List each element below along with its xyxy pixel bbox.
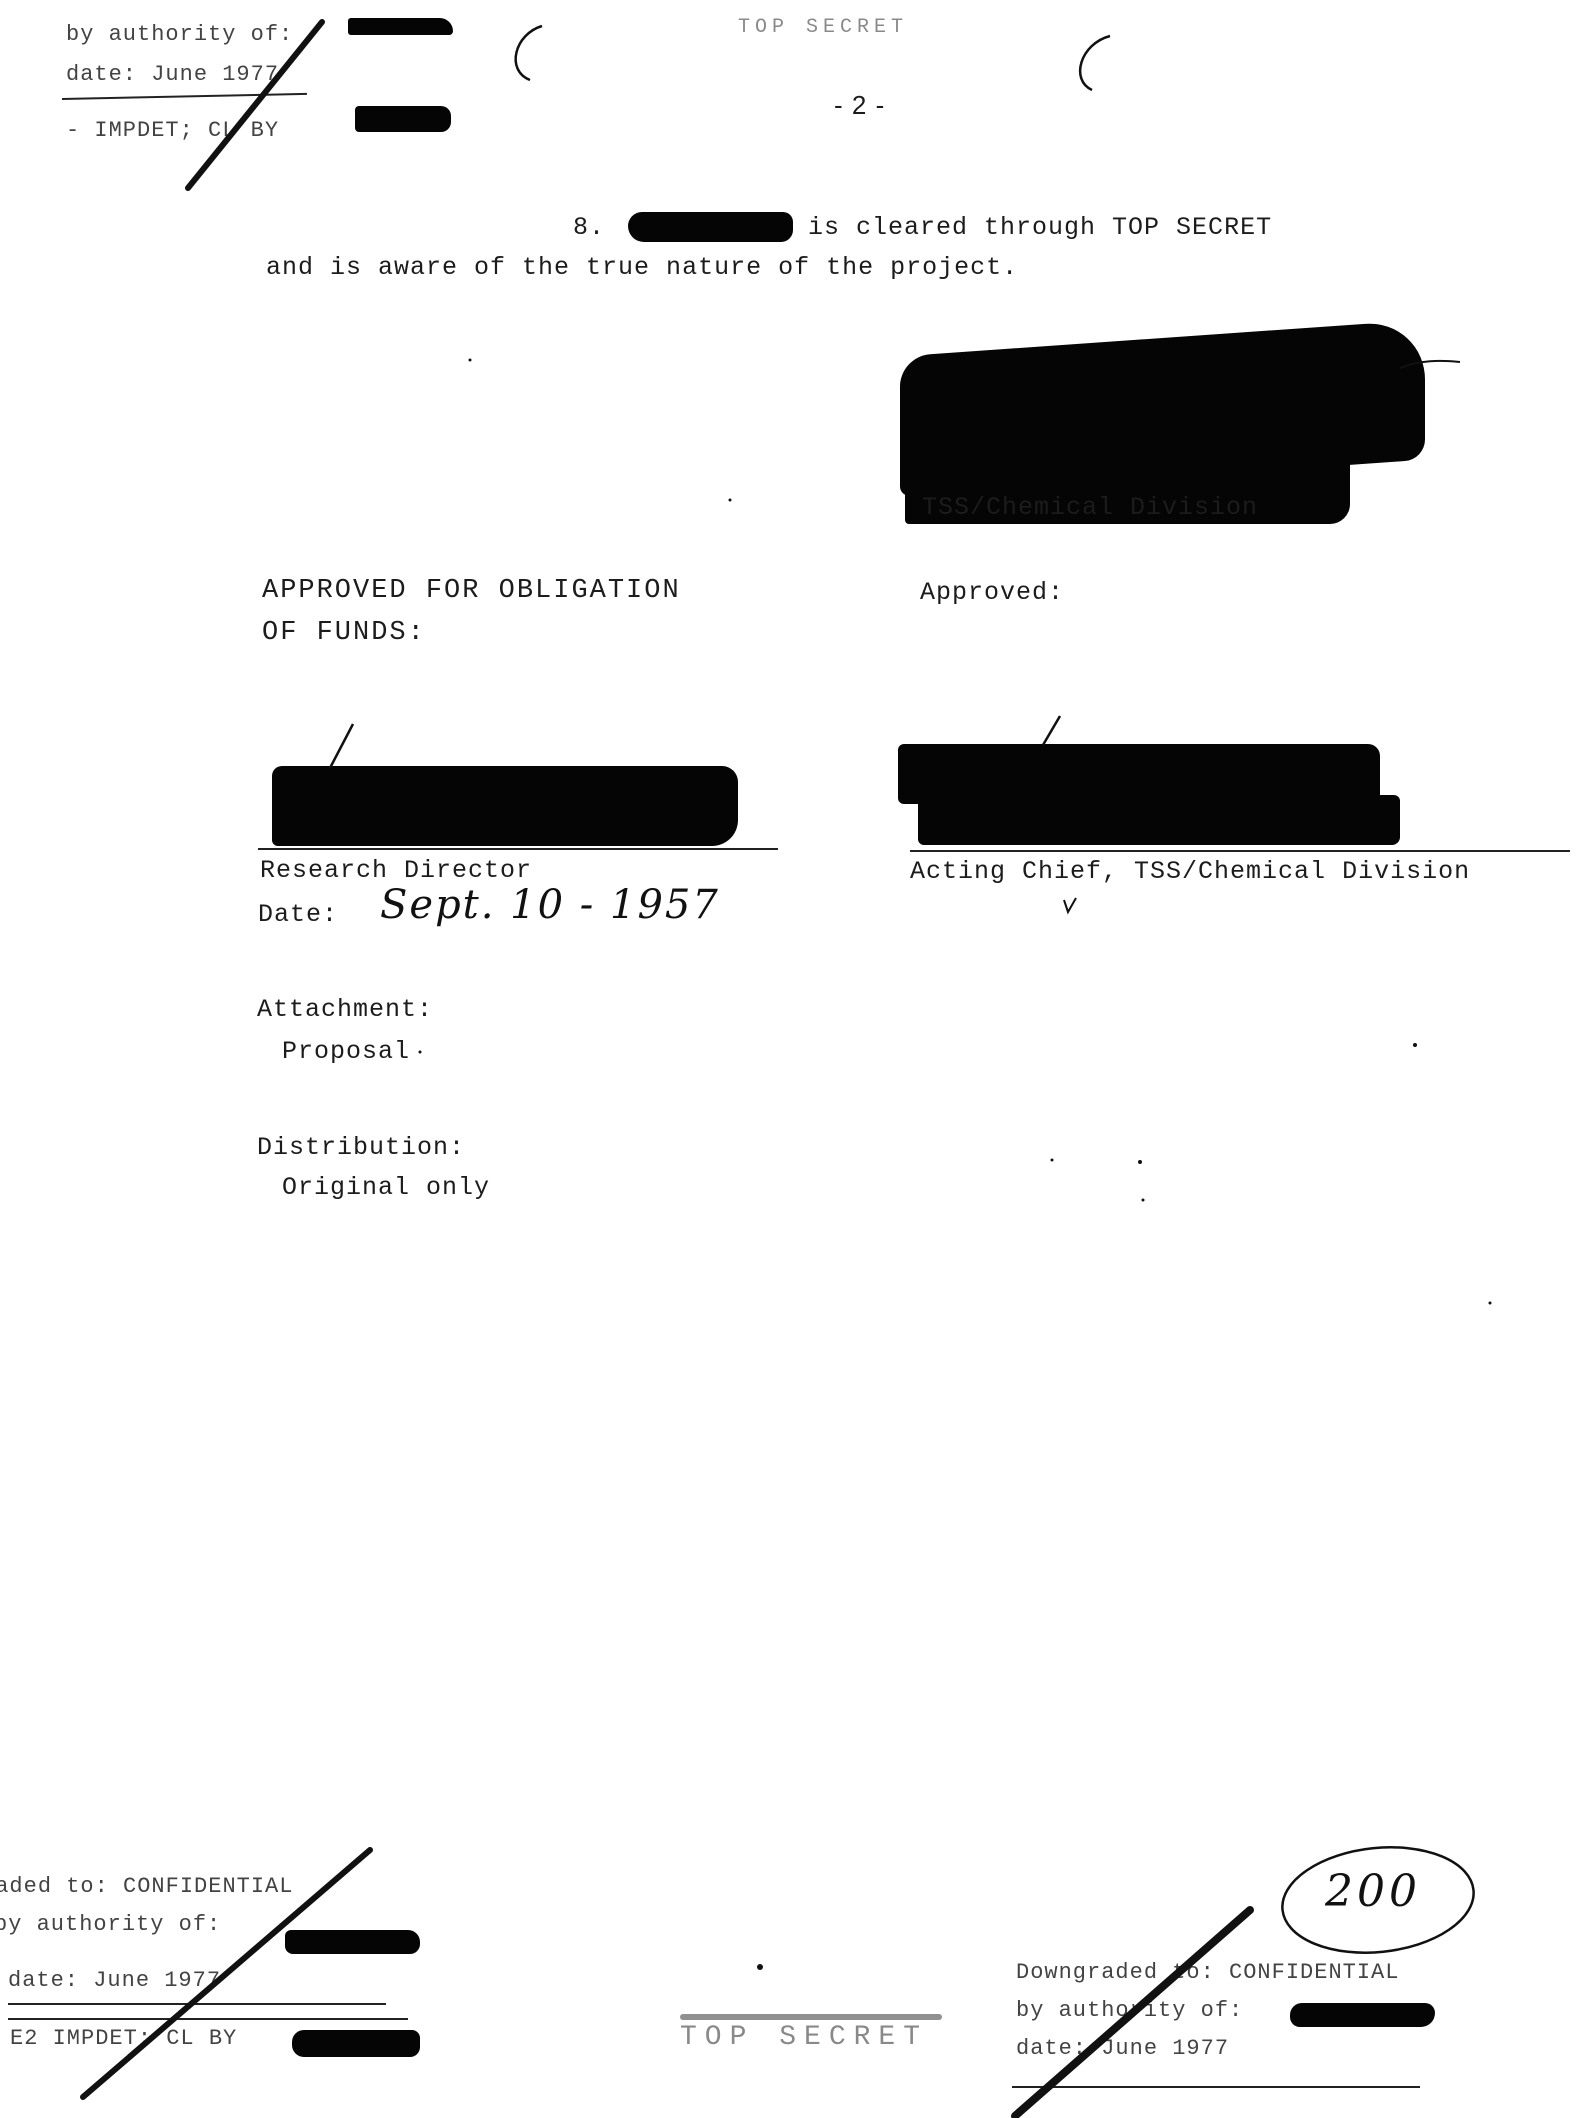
faded-classification-header: TOP SECRET	[738, 16, 908, 39]
stamp-downgrade-line: Downgraded to: CONFIDENTIAL	[1016, 1960, 1399, 1985]
stamp-declass-line: - IMPDET; CL BY	[66, 118, 279, 143]
redaction-block	[285, 1930, 420, 1954]
stamp-date-line: date: June 1977	[66, 62, 279, 87]
signature-tick	[1043, 716, 1060, 745]
date-label: Date:	[258, 900, 338, 929]
stamp-authority-line: by authority of:	[66, 22, 293, 47]
stamp-downgrade-line: Downgraded to: CONFIDENTIAL	[0, 1874, 293, 1899]
paragraph-number: 8.	[573, 213, 605, 242]
attachment-value: Proposal	[282, 1037, 410, 1066]
signatory-title: TSS/Chemical Division	[922, 493, 1258, 522]
paragraph-text-line1: is cleared through TOP SECRET	[808, 213, 1272, 242]
stamp-divider	[1012, 2086, 1420, 2088]
distribution-value: Original only	[282, 1173, 490, 1202]
approved-obligation-heading-2: OF FUNDS:	[262, 618, 426, 648]
signature-tick	[330, 724, 353, 768]
redaction-block	[355, 106, 451, 132]
redaction-signature	[918, 795, 1400, 845]
approved-obligation-heading: APPROVED FOR OBLIGATION	[262, 576, 681, 606]
check-mark	[1064, 898, 1076, 912]
pen-marks-overlay	[0, 0, 1582, 2118]
stamp-divider	[62, 93, 307, 100]
handwritten-page-number: 200	[1325, 1866, 1421, 1917]
page-number: - 2 -	[834, 90, 885, 121]
redaction-block	[292, 2030, 420, 2057]
signature-line	[258, 848, 778, 850]
distribution-label: Distribution:	[257, 1133, 465, 1162]
attachment-label: Attachment:	[257, 995, 433, 1024]
bracket-mark	[1080, 36, 1110, 90]
redaction-block	[1290, 2003, 1435, 2027]
stamp-date-line: date: June 1977	[1016, 2036, 1229, 2061]
stamp-divider	[8, 2003, 386, 2005]
bracket-mark	[516, 26, 542, 80]
strikethrough-mark	[680, 2014, 942, 2020]
approved-heading: Approved:	[920, 578, 1064, 607]
signatory-title: Research Director	[260, 856, 532, 885]
stamp-declass-line: E2 IMPDET; CL BY	[10, 2026, 237, 2051]
stamp-divider	[8, 2018, 408, 2020]
redaction-name	[628, 212, 793, 242]
handwritten-date: Sept. 10 - 1957	[380, 882, 720, 928]
paragraph-text-line2: and is aware of the true nature of the p…	[266, 253, 1018, 282]
stamp-authority-line: by authority of:	[0, 1912, 221, 1937]
signature-line	[910, 850, 1570, 852]
redaction-signature	[272, 766, 738, 846]
signatory-title: Acting Chief, TSS/Chemical Division	[910, 857, 1470, 886]
redaction-block	[348, 18, 453, 35]
stamp-authority-line: by authority of:	[1016, 1998, 1243, 2023]
bottom-classification-marking: TOP SECRET	[680, 2022, 928, 2053]
stamp-date-line: date: June 1977	[8, 1968, 221, 1993]
